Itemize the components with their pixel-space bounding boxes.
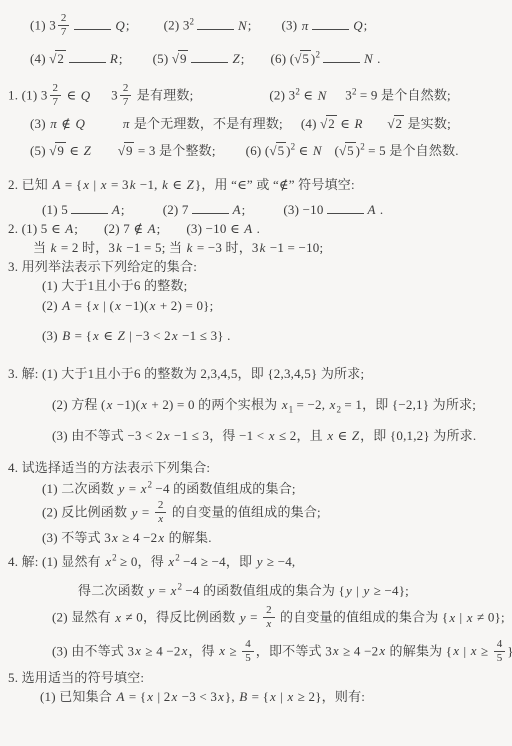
text-run: 1. (1)	[8, 88, 41, 103]
math-variable: x	[82, 177, 90, 192]
text-run: −4 的函数值组成的集合;	[152, 481, 296, 496]
fraction-denominator: x	[155, 513, 166, 526]
text-run: ≥ 4 −2	[340, 643, 379, 658]
text-run: (3) −10 ∈	[186, 221, 243, 236]
spacer	[245, 62, 271, 63]
square-root: √2	[49, 50, 66, 66]
text-run: = 1，即 {−2,1} 为所求;	[341, 397, 476, 412]
math-variable: x	[92, 298, 100, 313]
document-line: (2) 显然有 x ≠ 0，得反比例函数 y = 2x 的自变量的值组成的集合为…	[0, 605, 508, 632]
math-variable: π	[301, 18, 310, 33]
text-run: (3) 由不等式 −3 < 2	[52, 428, 163, 443]
text-run: (3)	[42, 328, 61, 343]
math-variable: x	[326, 428, 334, 443]
radicand: 5	[276, 142, 287, 158]
math-variable: Z	[231, 51, 240, 66]
math-variable: B	[61, 328, 71, 343]
text-run: ，即不等式 3	[256, 643, 332, 658]
text-run: (1) 已知集合	[40, 689, 115, 704]
fill-in-blank	[192, 211, 229, 214]
radicand: 5	[345, 142, 356, 158]
spacer	[252, 29, 282, 30]
document-line: 3. 用列举法表示下列给定的集合:	[0, 258, 508, 277]
document-line: 4. 试选择适当的方法表示下列集合:	[0, 459, 508, 478]
text-run: 的自变量的值组成的集合为 {	[277, 610, 449, 625]
spacer	[160, 232, 186, 233]
text-run: ∈	[337, 116, 354, 131]
text-run: (6)	[271, 51, 290, 66]
fill-in-blank	[312, 27, 349, 30]
math-variable: x	[100, 177, 108, 192]
math-variable: Q	[114, 18, 125, 33]
text-run: 得二次函数	[78, 583, 147, 598]
text-run: = 2 时，3	[57, 240, 115, 255]
text-run: (1) 大于1且小于6 的整数;	[42, 278, 187, 293]
text-run: ;	[248, 18, 252, 33]
math-variable: x	[114, 298, 122, 313]
document-line: (3) 由不等式 −3 < 2x −1 ≤ 3，得 −1 < x ≤ 2，且 x…	[0, 427, 508, 446]
fraction-numerator: 2	[120, 82, 132, 96]
text-run: 3	[49, 18, 56, 33]
document-line: 5. 选用适当的符号填空:	[0, 669, 508, 688]
math-variable: A	[111, 202, 121, 217]
text-run: ;	[74, 221, 78, 236]
text-run: ，即 {0,1,2} 为所求.	[360, 428, 476, 443]
math-variable: x	[111, 530, 119, 545]
text-run: (3)	[282, 18, 301, 33]
spacer	[216, 154, 246, 155]
math-variable: A	[64, 221, 74, 236]
text-run: ≥ −4,	[263, 554, 295, 569]
document-line: 2. 已知 A = {x | x = 3k −1, k ∈ Z}，用 “∈” 或…	[0, 176, 508, 195]
text-run: + 2) = 0 的两个实根为	[148, 397, 281, 412]
spacer	[363, 127, 387, 128]
text-run: = {	[71, 298, 92, 313]
text-run: 的自变量的值组成的集合;	[168, 505, 320, 520]
text-run: 是个无理数，不是有理数;	[130, 116, 282, 131]
math-variable: N	[312, 143, 323, 158]
fraction-denominator: 5	[494, 652, 506, 665]
math-variable: Z	[117, 328, 126, 343]
fraction: 2x	[263, 604, 275, 631]
square-root: √2	[387, 115, 404, 131]
math-variable: Q	[74, 116, 85, 131]
square-root: √5	[339, 142, 356, 158]
text-run: ≥ 4 −2	[119, 530, 158, 545]
fill-in-blank	[197, 27, 234, 30]
text-run: 4. 试选择适当的方法表示下列集合:	[8, 460, 210, 475]
text-run: ∈	[100, 328, 117, 343]
spacer	[86, 127, 122, 128]
text-run: |	[277, 689, 287, 704]
fraction: 45	[242, 638, 254, 665]
fill-in-blank	[71, 211, 108, 214]
spacer	[323, 154, 335, 155]
text-run: (1)	[30, 18, 49, 33]
text-run: }，用 “∈” 或 “∉” 符号填空:	[195, 177, 355, 192]
superscript: 2	[190, 16, 195, 26]
document-line: (3) 由不等式 3x ≥ 4 −2x，得 x ≥ 45，即不等式 3x ≥ 4…	[0, 639, 508, 666]
math-variable: B	[238, 689, 248, 704]
square-root: √9	[49, 142, 66, 158]
fraction-denominator: 5	[242, 652, 254, 665]
fraction-numerator: 2	[263, 604, 275, 618]
text-run: 当	[33, 240, 50, 255]
text-run: (5)	[153, 51, 172, 66]
text-run: |	[460, 643, 470, 658]
document-line: (2) 反比例函数 y = 2x 的自变量的值组成的集合;	[0, 500, 508, 527]
text-run: 3. 用列举法表示下列给定的集合:	[8, 259, 197, 274]
text-run: (2) 7 ∉	[104, 221, 147, 236]
document-line: 2. (1) 5 ∈ A;(2) 7 ∉ A;(3) −10 ∈ A .	[0, 220, 508, 239]
fill-in-blank	[327, 211, 364, 214]
math-variable: x	[163, 428, 171, 443]
document-line: (1) 5A;(2) 7A;(3) −10A .	[0, 201, 508, 220]
document-line: (2) A = {x | (x −1)(x + 2) = 0};	[0, 297, 508, 316]
math-variable: A	[51, 177, 61, 192]
math-variable: A	[243, 221, 253, 236]
spacer	[123, 62, 153, 63]
text-run: | −3 < 2	[126, 328, 171, 343]
math-variable: x	[92, 328, 100, 343]
square-root: √5	[294, 50, 311, 66]
text-run: = 3	[108, 177, 129, 192]
text-run: 的解集为 {	[386, 643, 452, 658]
document-line: 当 k = 2 时，3k −1 = 5; 当 k = −3 时，3k −1 = …	[0, 239, 508, 258]
document-line: (2) 方程 (x −1)(x + 2) = 0 的两个实根为 x1 = −2,…	[0, 396, 508, 415]
text-run: (2) 方程 (	[52, 397, 106, 412]
fraction-denominator: 7	[50, 96, 62, 109]
math-variable: x	[448, 610, 456, 625]
text-run: |	[353, 583, 363, 598]
fill-in-blank	[191, 60, 228, 63]
text-run: ;	[241, 51, 245, 66]
text-run: (2) 反比例函数	[42, 505, 131, 520]
text-run: 是实数;	[404, 116, 451, 131]
text-run: ∈	[295, 143, 312, 158]
text-run: .	[253, 221, 260, 236]
square-root: √9	[118, 142, 135, 158]
fraction: 27	[50, 82, 62, 109]
text-run: 2. 已知	[8, 177, 51, 192]
document-line: (5) √9 ∈ Z√9 = 3 是个整数;(6) (√5)2 ∈ N(√5)2…	[0, 142, 508, 161]
text-run: ;	[364, 18, 368, 33]
math-variable: N	[317, 88, 328, 103]
text-run: (4)	[301, 116, 320, 131]
text-run: ≥ 0，得	[117, 554, 168, 569]
text-run: = −2,	[293, 397, 329, 412]
fraction: 27	[120, 82, 132, 109]
fraction: 2x	[155, 499, 167, 526]
text-run: ≠ 0，得反比例函数	[122, 610, 239, 625]
text-run: |	[456, 610, 466, 625]
text-run: 3. 解: (1) 大于1且小于6 的整数为 2,3,4,5，即 {2,3,4,…	[8, 366, 364, 381]
math-variable: x	[281, 397, 289, 412]
radicand: 2	[55, 50, 66, 66]
text-run: =	[138, 505, 152, 520]
math-variable: Z	[351, 428, 360, 443]
text-run: −1 = −10;	[266, 240, 323, 255]
radicand: 2	[394, 115, 405, 131]
math-variable: A	[61, 298, 71, 313]
radicand: 2	[326, 115, 337, 131]
text-run: .	[376, 202, 383, 217]
square-root: √5	[269, 142, 286, 158]
text-run: = −3 时，3	[193, 240, 258, 255]
text-run: ≥ 2}，则有:	[294, 689, 365, 704]
spacer	[78, 232, 104, 233]
radical-sign: √	[269, 143, 275, 158]
fill-in-blank	[323, 60, 360, 63]
math-variable: y	[345, 583, 353, 598]
document-line: (3) 不等式 3x ≥ 4 −2x 的解集.	[0, 529, 508, 548]
square-root: √9	[172, 50, 189, 66]
fraction-numerator: 4	[494, 638, 506, 652]
superscript: 2	[315, 50, 320, 60]
math-variable: x	[268, 428, 276, 443]
text-run: ∈	[300, 88, 317, 103]
text-run: 4. 解: (1) 显然有	[8, 554, 104, 569]
text-run: −1)(	[122, 298, 149, 313]
text-run: ;	[121, 202, 125, 217]
text-run: ≥	[226, 643, 240, 658]
text-run: ，得	[188, 643, 218, 658]
math-variable: Z	[83, 143, 92, 158]
fraction-denominator: 7	[58, 26, 70, 39]
spacer	[92, 154, 118, 155]
text-run: (5)	[30, 143, 49, 158]
fraction: 45	[494, 638, 506, 665]
document-line: (3) B = {x ∈ Z | −3 < 2x −1 ≤ 3} .	[0, 327, 508, 346]
text-run: (2) 7	[163, 202, 189, 217]
math-variable: x	[218, 643, 226, 658]
text-run: =	[125, 481, 139, 496]
fraction-numerator: 2	[155, 499, 167, 513]
math-variable: x	[466, 610, 474, 625]
text-run: (1) 二次函数	[42, 481, 117, 496]
text-run: ∈	[63, 88, 80, 103]
document-line: (1) 已知集合 A = {x | 2x −3 < 3x}, B = {x | …	[0, 688, 508, 707]
math-variable: Z	[186, 177, 195, 192]
fraction-numerator: 4	[242, 638, 254, 652]
document-line: 3. 解: (1) 大于1且小于6 的整数为 2,3,4,5，即 {2,3,4,…	[0, 365, 508, 384]
math-variable: A	[115, 689, 125, 704]
math-variable: A	[367, 202, 377, 217]
text-run: |	[90, 177, 100, 192]
document-line: 1. (1) 327 ∈ Q327 是有理数;(2) 32 ∈ N32 = 9 …	[0, 83, 508, 110]
radicand: 9	[124, 142, 135, 158]
text-run: ∈	[66, 143, 83, 158]
text-run: ≥ −4};	[370, 583, 409, 598]
text-run: 的解集.	[165, 530, 212, 545]
text-run: = {	[71, 328, 92, 343]
radical-sign: √	[387, 116, 393, 131]
text-run: −4 的函数值组成的集合为 {	[182, 583, 345, 598]
text-run: (2)	[164, 18, 183, 33]
text-run: | 2	[154, 689, 170, 704]
text-run: (3) 由不等式 3	[52, 643, 134, 658]
text-run: = {	[125, 689, 146, 704]
text-run: −1 = 5; 当	[123, 240, 186, 255]
radicand: 9	[55, 142, 66, 158]
text-run: 3	[41, 88, 48, 103]
text-run: ≤ 2，且	[276, 428, 327, 443]
document-line: (1) 大于1且小于6 的整数;	[0, 277, 508, 296]
math-variable: x	[114, 610, 122, 625]
worksheet-page: (1) 327Q;(2) 32N;(3) πQ;(4) √2R;(5) √9Z;…	[0, 0, 512, 746]
math-variable: π	[49, 116, 58, 131]
document-line: 得二次函数 y = x2 −4 的函数值组成的集合为 {y | y ≥ −4};	[0, 582, 508, 601]
text-run: 3	[345, 88, 352, 103]
text-run: (2)	[42, 298, 61, 313]
math-variable: A	[232, 202, 242, 217]
math-variable: x	[140, 397, 148, 412]
document-line: (1) 327Q;(2) 32N;(3) πQ;	[0, 13, 508, 40]
text-run: = {	[61, 177, 82, 192]
text-run: (6)	[246, 143, 265, 158]
text-run: −1 ≤ 3} .	[179, 328, 231, 343]
text-run: =	[155, 583, 169, 598]
math-variable: x	[134, 643, 142, 658]
fraction-numerator: 2	[58, 12, 70, 26]
math-variable: A	[147, 221, 157, 236]
text-run: −3 < 3	[178, 689, 217, 704]
text-run: (4)	[30, 51, 49, 66]
text-run: ;	[126, 18, 130, 33]
spacer	[245, 213, 283, 214]
text-run: (3) −10	[283, 202, 323, 217]
text-run: −1 ≤ 3，得 −1 <	[171, 428, 268, 443]
text-run: ≥	[478, 643, 492, 658]
math-variable: x	[146, 689, 154, 704]
math-variable: Q	[352, 18, 363, 33]
fill-in-blank	[69, 60, 106, 63]
text-run: ;	[242, 202, 246, 217]
text-run: 5. 选用适当的符号填空:	[8, 670, 144, 685]
fraction-denominator: 7	[120, 96, 132, 109]
math-variable: x	[452, 643, 460, 658]
text-run: + 2) = 0};	[156, 298, 213, 313]
radicand: 5	[300, 50, 311, 66]
spacer	[193, 99, 269, 100]
text-run: −1,	[136, 177, 161, 192]
text-run: 2. (1) 5 ∈	[8, 221, 64, 236]
math-variable: x	[157, 530, 165, 545]
math-variable: x	[378, 643, 386, 658]
math-variable: x	[470, 643, 478, 658]
document-line: 4. 解: (1) 显然有 x2 ≥ 0，得 x2 −4 ≥ −4，即 y ≥ …	[0, 553, 508, 572]
text-run: (2) 显然有	[52, 610, 114, 625]
math-variable: N	[237, 18, 248, 33]
text-run: ∈	[334, 428, 351, 443]
text-run: −1)(	[113, 397, 140, 412]
math-variable: R	[109, 51, 119, 66]
math-variable: k	[161, 177, 169, 192]
math-variable: y	[239, 610, 247, 625]
math-variable: x	[332, 643, 340, 658]
text-run: .	[374, 51, 381, 66]
text-run: = 3 是个整数;	[134, 143, 215, 158]
math-variable: x	[171, 328, 179, 343]
math-variable: k	[115, 240, 123, 255]
spacer	[283, 127, 301, 128]
fraction-numerator: 2	[50, 82, 62, 96]
math-variable: x	[269, 689, 277, 704]
text-run: ;	[157, 221, 161, 236]
math-variable: x	[104, 554, 112, 569]
text-run: (2)	[269, 88, 288, 103]
text-run: ≥ 4 −2	[142, 643, 181, 658]
math-variable: Q	[80, 88, 91, 103]
text-run: = 5 是个自然数.	[365, 143, 459, 158]
spacer	[130, 29, 164, 30]
fraction-denominator: x	[263, 618, 274, 631]
math-variable: N	[363, 51, 374, 66]
text-run: } .	[507, 643, 512, 658]
document-line: (3) π ∉ Qπ 是个无理数，不是有理数;(4) √2 ∈ R√2 是实数;	[0, 115, 508, 134]
document-line: (4) √2R;(5) √9Z;(6) (√5)2N .	[0, 50, 508, 69]
radicand: 9	[178, 50, 189, 66]
text-run: | (	[100, 298, 114, 313]
square-root: √2	[320, 115, 337, 131]
fill-in-blank	[74, 27, 111, 30]
math-variable: x	[217, 689, 225, 704]
spacer	[91, 99, 111, 100]
text-run: 3	[111, 88, 118, 103]
text-run: ∉	[58, 116, 75, 131]
math-variable: R	[353, 116, 363, 131]
text-run: (1) 5	[42, 202, 68, 217]
spacer	[125, 213, 163, 214]
text-run: =	[247, 610, 261, 625]
text-run: = {	[248, 689, 269, 704]
text-run: (3) 不等式 3	[42, 530, 111, 545]
text-run: },	[225, 689, 238, 704]
text-run: = 9 是个自然数;	[356, 88, 450, 103]
text-run: −4 ≥ −4，即	[180, 554, 256, 569]
text-run: (3)	[30, 116, 49, 131]
text-run: ;	[119, 51, 123, 66]
text-run: 3	[183, 18, 190, 33]
text-run: ∈	[169, 177, 186, 192]
document-line: (1) 二次函数 y = x2 −4 的函数值组成的集合;	[0, 480, 508, 499]
text-run: 是有理数;	[133, 88, 193, 103]
spacer	[327, 99, 345, 100]
text-run: ≠ 0};	[474, 610, 505, 625]
fraction: 27	[58, 12, 70, 39]
